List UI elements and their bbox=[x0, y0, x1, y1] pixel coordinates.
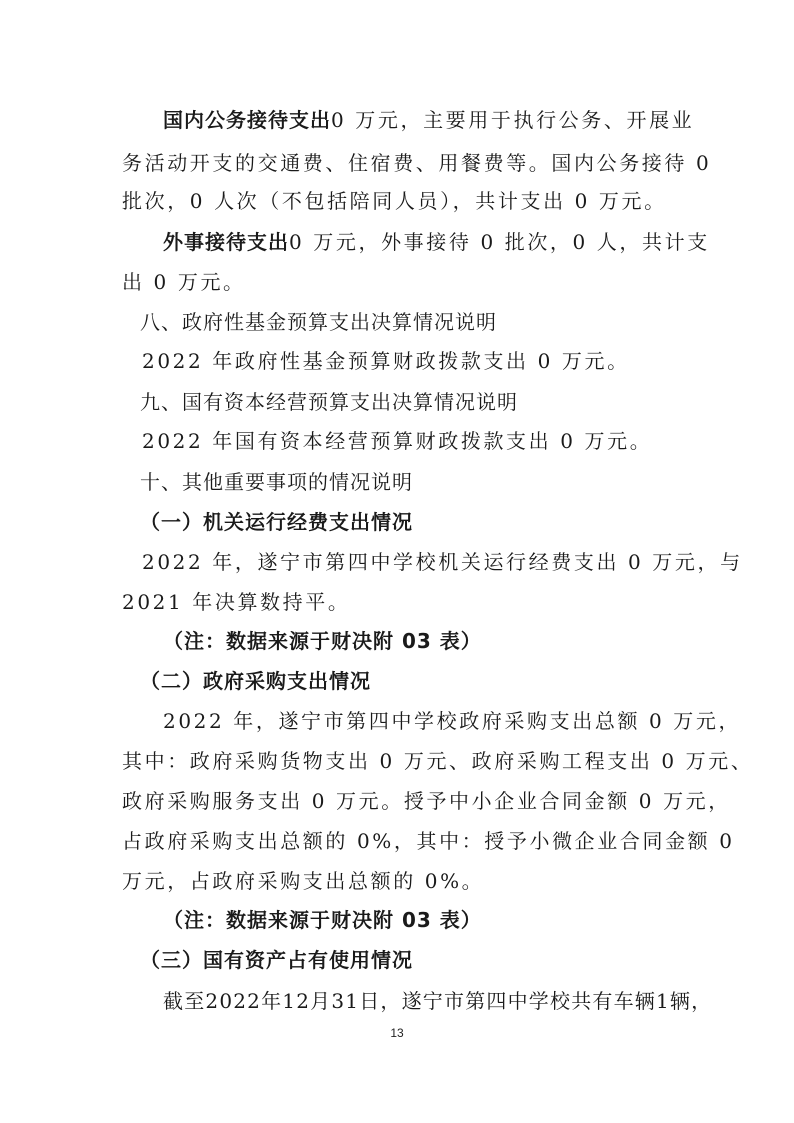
subsection-heading-2: （二）政府采购支出情况 bbox=[140, 669, 371, 693]
source-note: （注：数据来源于财决附 03 表） bbox=[163, 908, 482, 932]
bold-lead-domestic-reception: 国内公务接待支出 bbox=[163, 108, 331, 132]
paragraph-line: 外事接待支出0 万元，外事接待 0 批次，0 人，共计支 bbox=[163, 230, 710, 254]
source-note: （注：数据来源于财决附 03 表） bbox=[163, 629, 482, 653]
paragraph-line: 2022 年，遂宁市第四中学校政府采购支出总额 0 万元， bbox=[163, 709, 741, 733]
subsection-heading-3: （三）国有资产占有使用情况 bbox=[140, 948, 413, 972]
section-heading-8: 八、政府性基金预算支出决算情况说明 bbox=[140, 310, 497, 334]
text-run: 0 万元，外事接待 0 批次，0 人，共计支 bbox=[289, 230, 710, 254]
page-number: 13 bbox=[0, 1026, 794, 1040]
paragraph-line: 务活动开支的交通费、住宿费、用餐费等。国内公务接待 0 bbox=[122, 151, 711, 175]
paragraph-line: 批次，0 人次（不包括陪同人员），共计支出 0 万元。 bbox=[122, 189, 667, 213]
section-8-body: 2022 年政府性基金预算财政拨款支出 0 万元。 bbox=[142, 349, 630, 373]
paragraph-line: 出 0 万元。 bbox=[122, 270, 246, 294]
paragraph-line: 截至2022年12月31日，遂宁市第四中学校共有车辆1辆， bbox=[163, 989, 712, 1013]
paragraph-line: 2021 年决算数持平。 bbox=[122, 590, 350, 614]
section-heading-9: 九、国有资本经营预算支出决算情况说明 bbox=[140, 390, 518, 414]
paragraph-line: 2022 年，遂宁市第四中学校机关运行经费支出 0 万元，与 bbox=[142, 550, 743, 574]
bold-lead-foreign-reception: 外事接待支出 bbox=[163, 230, 289, 254]
section-9-body: 2022 年国有资本经营预算财政拨款支出 0 万元。 bbox=[142, 429, 652, 453]
paragraph-line: 政府采购服务支出 0 万元。授予中小企业合同金额 0 万元， bbox=[122, 789, 731, 813]
paragraph-line: 万元，占政府采购支出总额的 0%。 bbox=[122, 869, 484, 893]
document-page: 国内公务接待支出0 万元，主要用于执行公务、开展业 务活动开支的交通费、住宿费、… bbox=[0, 0, 794, 1123]
text-run: 0 万元，主要用于执行公务、开展业 bbox=[331, 108, 694, 132]
paragraph-line: 其中：政府采购货物支出 0 万元、政府采购工程支出 0 万元、 bbox=[122, 749, 753, 773]
subsection-heading-1: （一）机关运行经费支出情况 bbox=[140, 510, 413, 534]
paragraph-line: 国内公务接待支出0 万元，主要用于执行公务、开展业 bbox=[163, 108, 694, 132]
section-heading-10: 十、其他重要事项的情况说明 bbox=[140, 470, 413, 494]
paragraph-line: 占政府采购支出总额的 0%，其中：授予小微企业合同金额 0 bbox=[122, 829, 735, 853]
